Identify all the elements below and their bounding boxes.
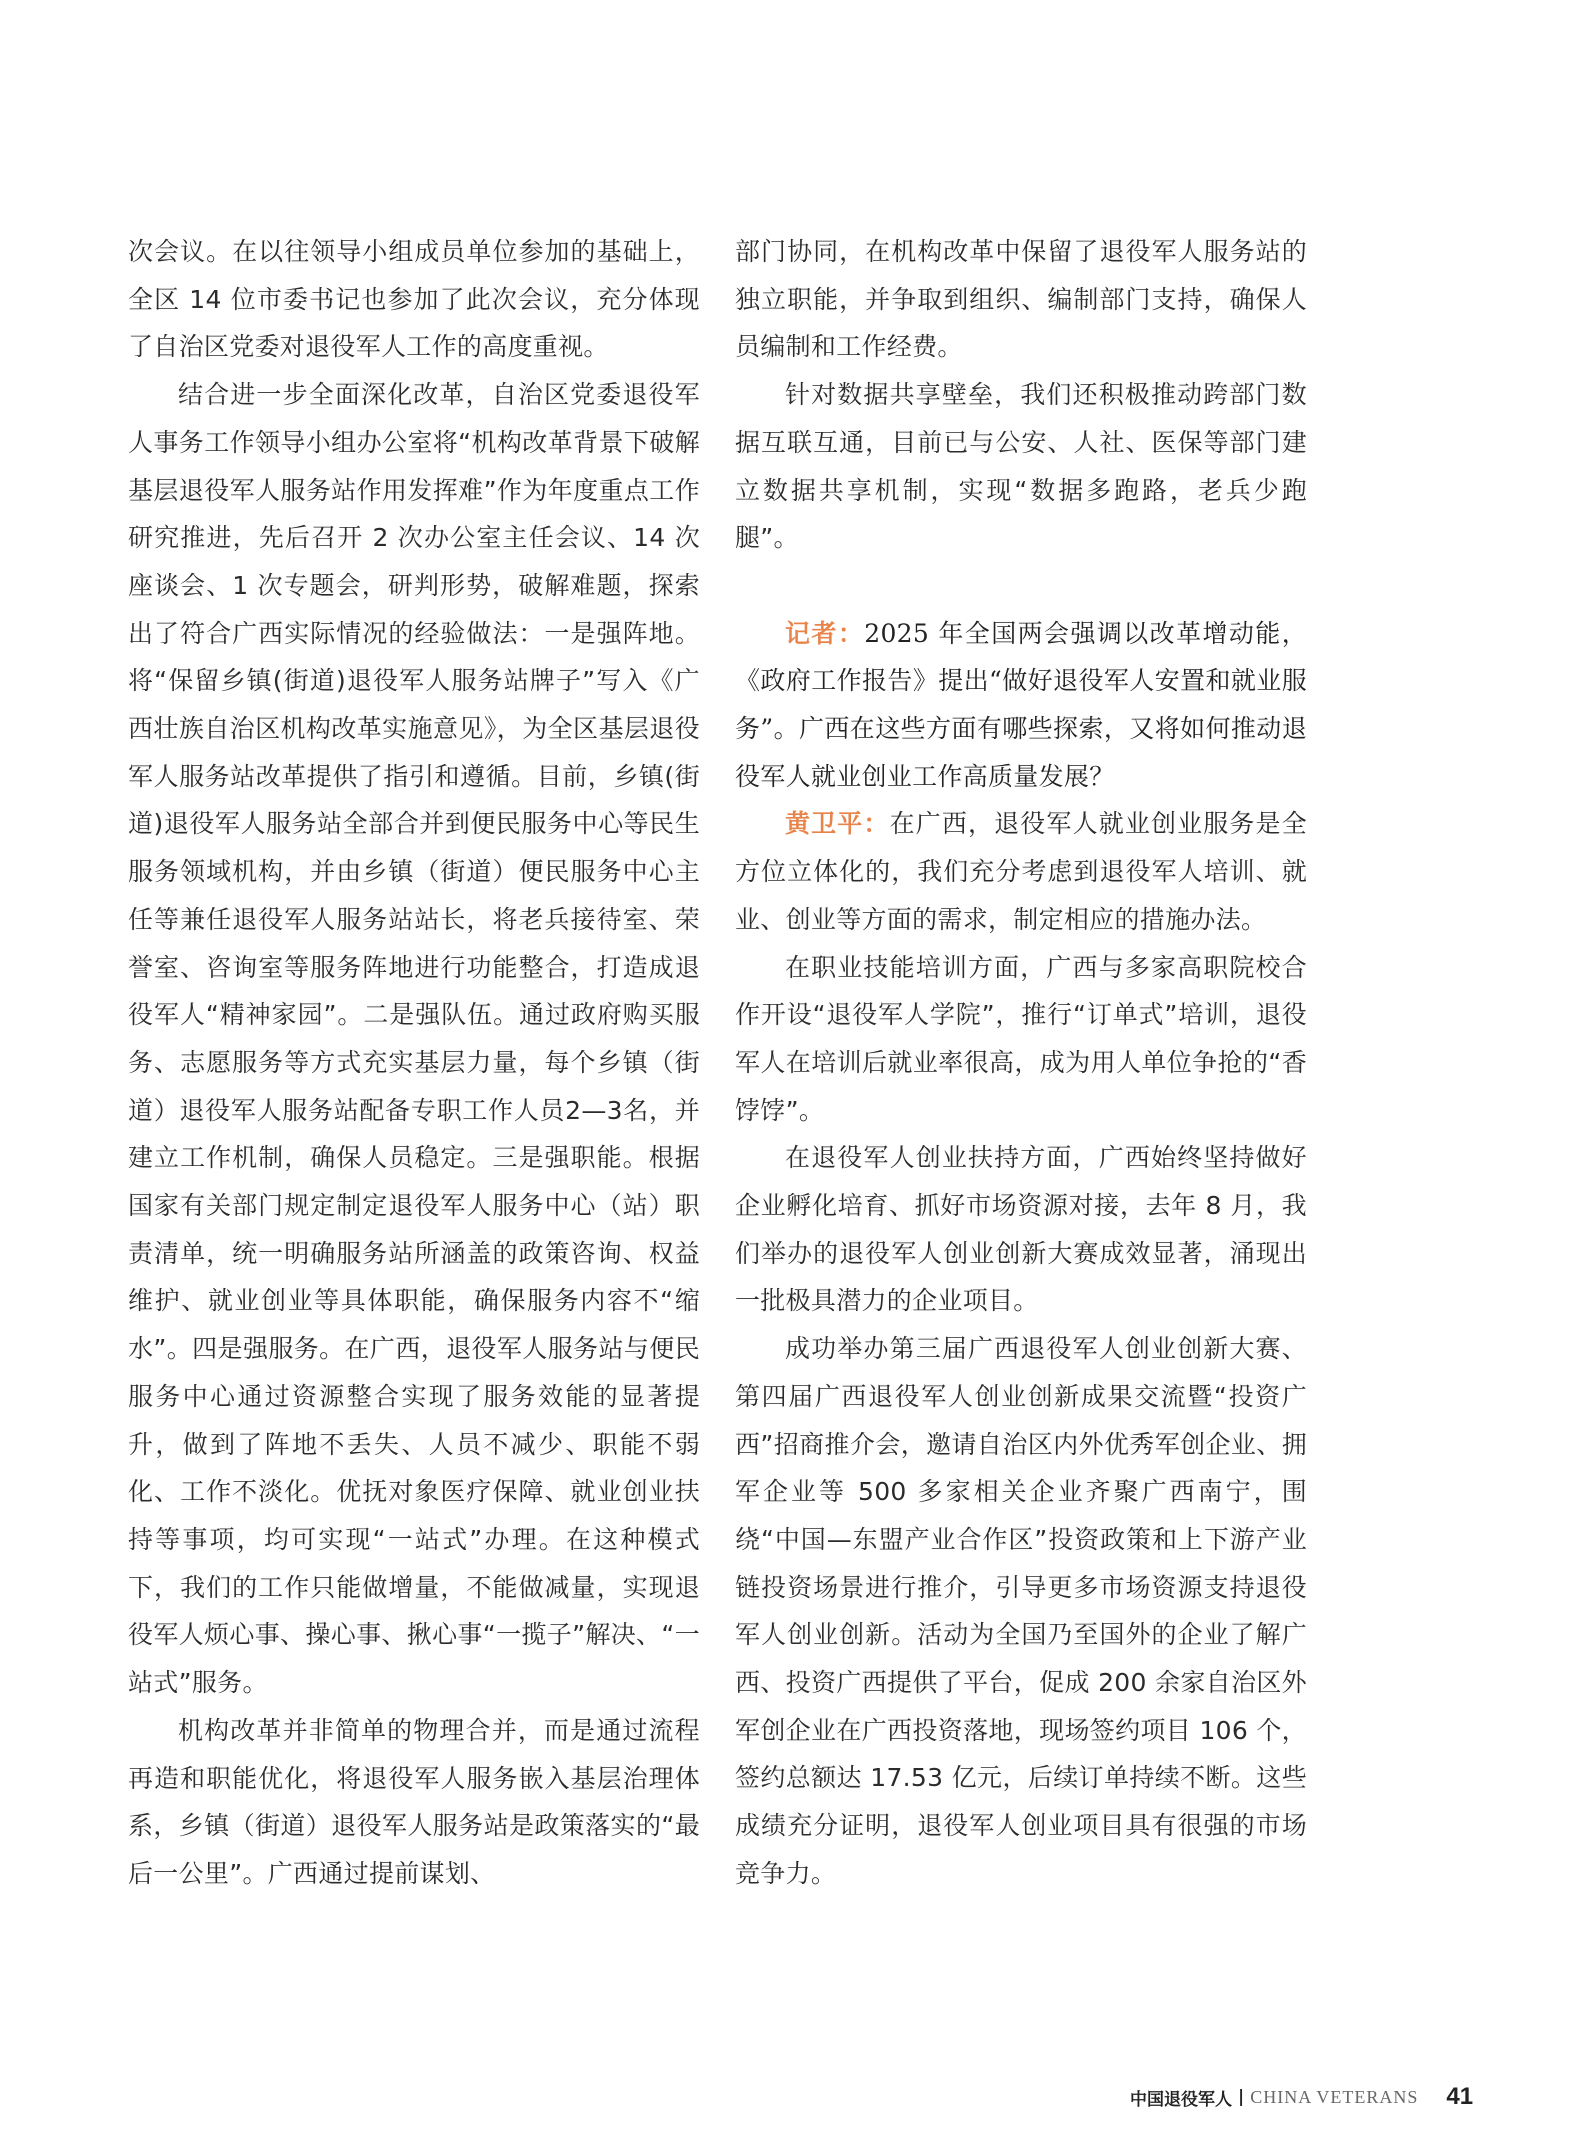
interview-answer: 黄卫平：在广西，退役军人就业创业服务是全方位立体化的，我们充分考虑到退役军人培训… (735, 800, 1307, 943)
footer-separator: | (1238, 2087, 1244, 2107)
paragraph: 部门协同，在机构改革中保留了退役军人服务站的独立职能，并争取到组织、编制部门支持… (735, 228, 1307, 371)
paragraph: 次会议。在以往领导小组成员单位参加的基础上，全区 14 位市委书记也参加了此次会… (128, 228, 700, 371)
magazine-name-cn: 中国退役军人 (1130, 2085, 1232, 2110)
paragraph: 在职业技能培训方面，广西与多家高职院校合作开设“退役军人学院”，推行“订单式”培… (735, 944, 1307, 1135)
right-column: 部门协同，在机构改革中保留了退役军人服务站的独立职能，并争取到组织、编制部门支持… (735, 228, 1307, 1898)
page-footer: 中国退役军人 | CHINA VETERANS 41 (1130, 2083, 1473, 2111)
paragraph: 成功举办第三届广西退役军人创业创新大赛、第四届广西退役军人创业创新成果交流暨“投… (735, 1325, 1307, 1897)
paragraph: 结合进一步全面深化改革，自治区党委退役军人事务工作领导小组办公室将“机构改革背景… (128, 371, 700, 1707)
interview-question: 记者：2025 年全国两会强调以改革增动能，《政府工作报告》提出“做好退役军人安… (735, 610, 1307, 801)
speaker-label-reporter: 记者： (785, 619, 864, 648)
magazine-name-en: CHINA VETERANS (1250, 2087, 1418, 2108)
speaker-label-interviewee: 黄卫平： (785, 809, 890, 838)
paragraph: 在退役军人创业扶持方面，广西始终坚持做好企业孵化培育、抓好市场资源对接，去年 8… (735, 1134, 1307, 1325)
paragraph: 机构改革并非简单的物理合并，而是通过流程再造和职能优化，将退役军人服务嵌入基层治… (128, 1707, 700, 1898)
paragraph: 针对数据共享壁垒，我们还积极推动跨部门数据互联互通，目前已与公安、人社、医保等部… (735, 371, 1307, 562)
page-number: 41 (1446, 2083, 1473, 2111)
left-column: 次会议。在以往领导小组成员单位参加的基础上，全区 14 位市委书记也参加了此次会… (128, 228, 700, 1898)
